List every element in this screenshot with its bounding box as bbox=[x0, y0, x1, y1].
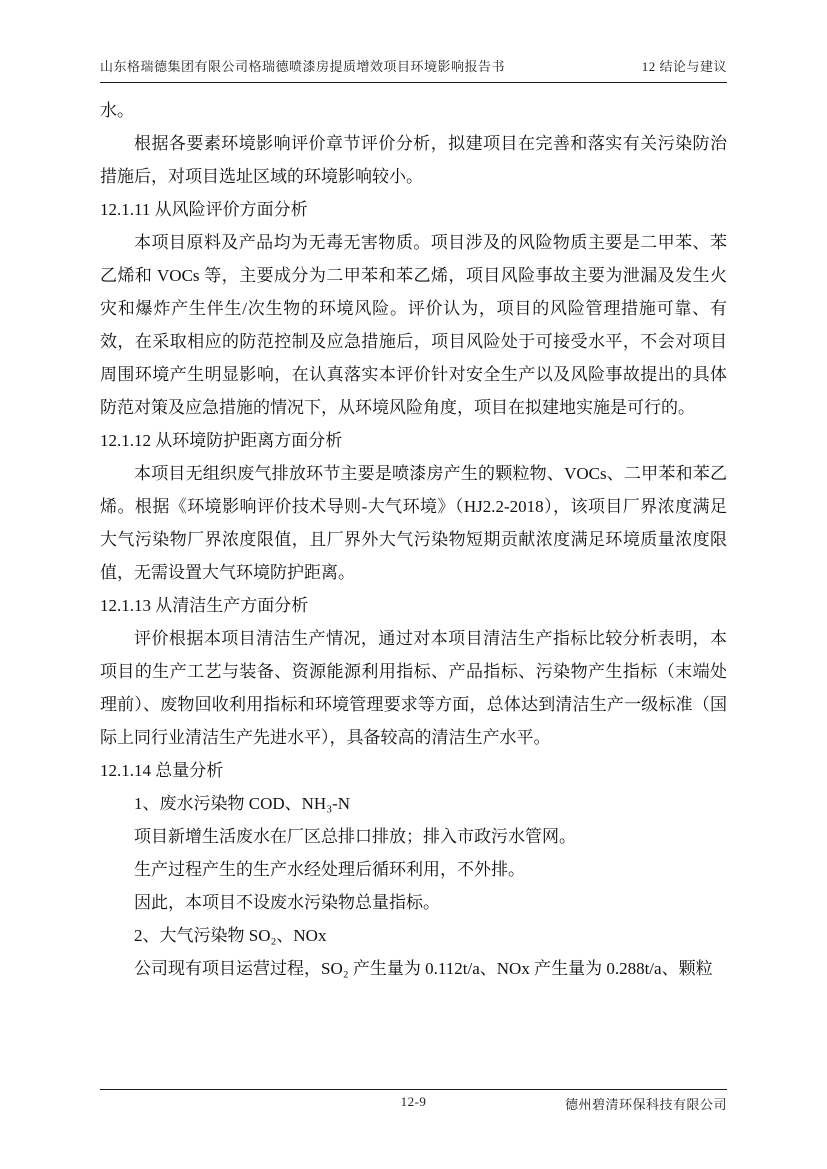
document-page: 山东格瑞德集团有限公司格瑞德喷漆房提质增效项目环境影响报告书 12 结论与建议 … bbox=[0, 0, 827, 1169]
paragraph: 评价根据本项目清洁生产情况，通过对本项目清洁生产指标比较分析表明，本项目的生产工… bbox=[100, 622, 727, 754]
page-header: 山东格瑞德集团有限公司格瑞德喷漆房提质增效项目环境影响报告书 12 结论与建议 bbox=[100, 56, 727, 83]
paragraph: 根据各要素环境影响评价章节评价分析，拟建项目在完善和落实有关污染防治措施后，对项… bbox=[100, 127, 727, 193]
list-item-wastewater: 1、废水污染物 COD、NH₃-N bbox=[100, 787, 727, 820]
section-heading-12-1-12: 12.1.12 从环境防护距离方面分析 bbox=[100, 424, 727, 457]
page-footer: 12-9 德州碧清环保科技有限公司 bbox=[100, 1094, 727, 1114]
paragraph-continuation: 水。 bbox=[100, 94, 727, 127]
section-heading-12-1-11: 12.1.11 从风险评价方面分析 bbox=[100, 193, 727, 226]
list-item-air-pollutants: 2、大气污染物 SO₂、NOx bbox=[100, 919, 727, 952]
footer-company-name: 德州碧清环保科技有限公司 bbox=[565, 1094, 727, 1113]
paragraph: 项目新增生活废水在厂区总排口排放；排入市政污水管网。 bbox=[100, 820, 727, 853]
paragraph: 本项目无组织废气排放环节主要是喷漆房产生的颗粒物、VOCs、二甲苯和苯乙烯。根据… bbox=[100, 457, 727, 589]
section-heading-12-1-14: 12.1.14 总量分析 bbox=[100, 754, 727, 787]
paragraph: 因此，本项目不设废水污染物总量指标。 bbox=[100, 886, 727, 919]
header-document-title: 山东格瑞德集团有限公司格瑞德喷漆房提质增效项目环境影响报告书 bbox=[100, 56, 505, 75]
section-heading-12-1-13: 12.1.13 从清洁生产方面分析 bbox=[100, 589, 727, 622]
footer-divider bbox=[100, 1089, 727, 1090]
paragraph: 生产过程产生的生产水经处理后循环利用，不外排。 bbox=[100, 853, 727, 886]
page-number: 12-9 bbox=[401, 1094, 427, 1110]
paragraph: 公司现有项目运营过程，SO₂ 产生量为 0.112t/a、NOx 产生量为 0.… bbox=[100, 952, 727, 985]
header-chapter-label: 12 结论与建议 bbox=[642, 56, 727, 75]
document-body: 水。 根据各要素环境影响评价章节评价分析，拟建项目在完善和落实有关污染防治措施后… bbox=[100, 94, 727, 985]
paragraph: 本项目原料及产品均为无毒无害物质。项目涉及的风险物质主要是二甲苯、苯乙烯和 VO… bbox=[100, 226, 727, 424]
